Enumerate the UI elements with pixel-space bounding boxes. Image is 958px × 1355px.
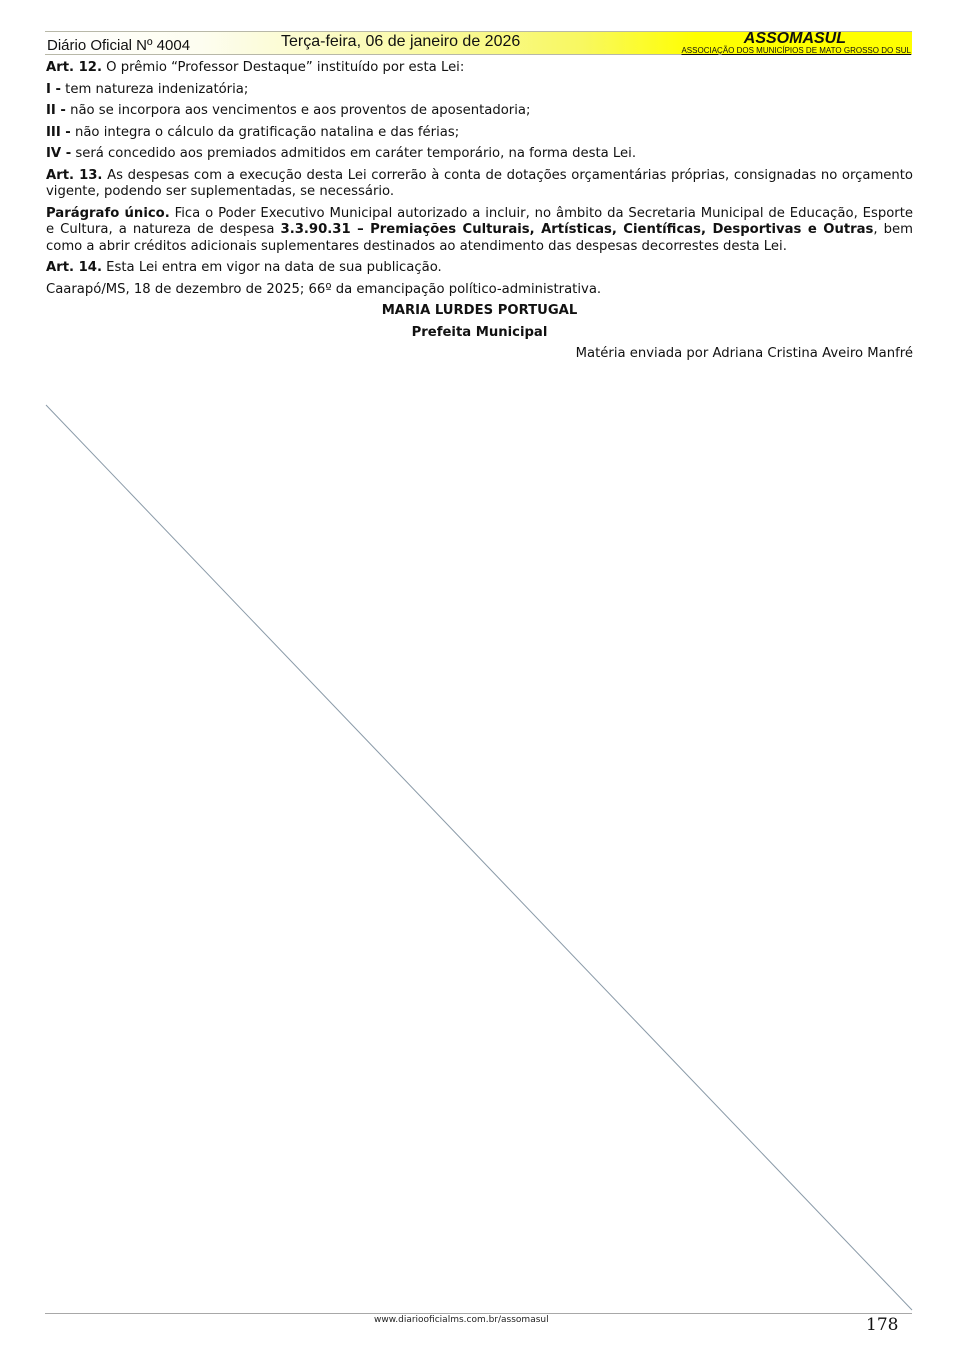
cancellation-diagonal-line	[0, 0, 958, 1355]
footer-divider	[45, 1313, 912, 1314]
footer-url: www.diariooficialms.com.br/assomasul	[374, 1315, 549, 1325]
page-number: 178	[866, 1315, 898, 1335]
document-page: Diário Oficial Nº 4004 Terça-feira, 06 d…	[0, 0, 958, 1355]
